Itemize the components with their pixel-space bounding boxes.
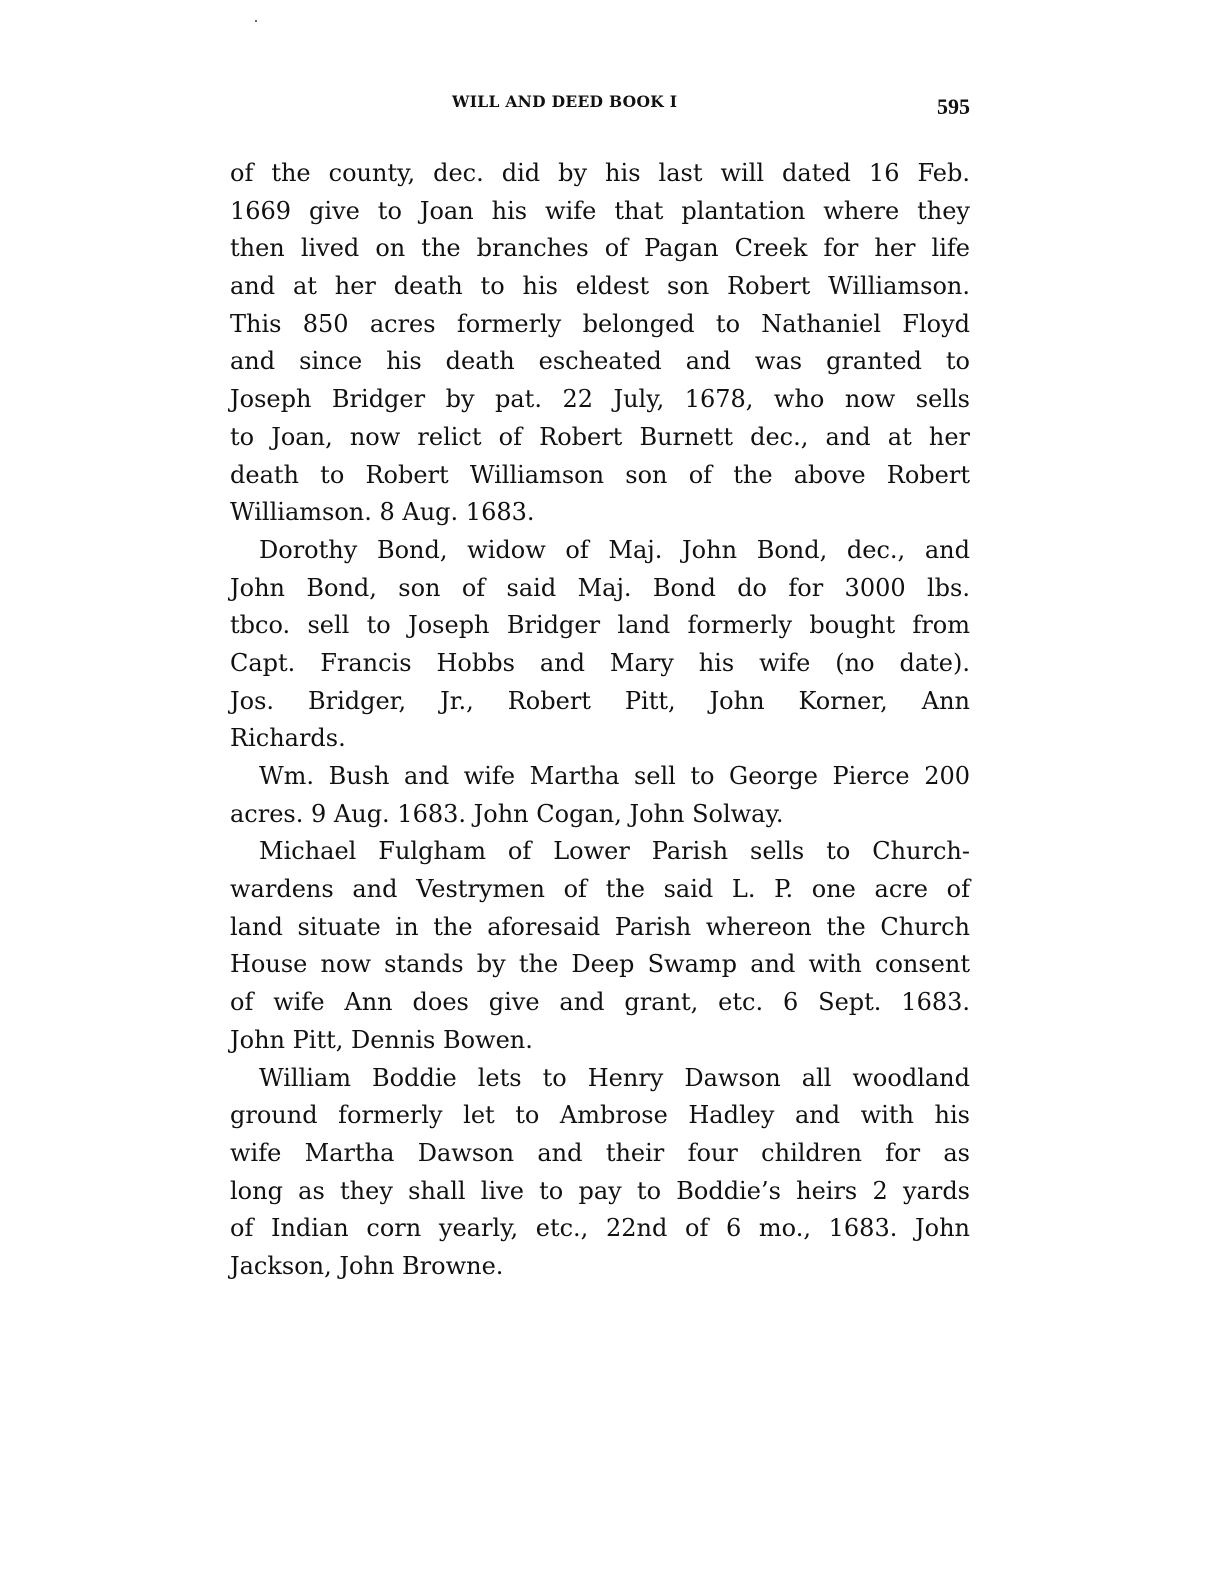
- text-line: Dorothy Bond, widow of Maj. John Bond, d…: [230, 532, 970, 570]
- text-line: land situate in the aforesaid Parish whe…: [230, 909, 970, 947]
- text-line: and at her death to his eldest son Rober…: [230, 268, 970, 306]
- text-line: ground formerly let to Ambrose Hadley an…: [230, 1097, 970, 1135]
- text-line: then lived on the branches of Pagan Cree…: [230, 230, 970, 268]
- text-line: Capt. Francis Hobbs and Mary his wife (n…: [230, 645, 970, 683]
- text-line: Jos. Bridger, Jr., Robert Pitt, John Kor…: [230, 683, 970, 721]
- text-line: Williamson. 8 Aug. 1683.: [230, 494, 970, 532]
- text-line: Jackson, John Browne.: [230, 1248, 970, 1286]
- text-line: wife Martha Dawson and their four childr…: [230, 1135, 970, 1173]
- paragraph-dorothy-bond: Dorothy Bond, widow of Maj. John Bond, d…: [230, 532, 970, 758]
- text-line: Joseph Bridger by pat. 22 July, 1678, wh…: [230, 381, 970, 419]
- text-line: tbco. sell to Joseph Bridger land former…: [230, 607, 970, 645]
- paragraph-wm-bush: Wm. Bush and wife Martha sell to George …: [230, 758, 970, 833]
- text-line: Michael Fulgham of Lower Parish sells to…: [230, 833, 970, 871]
- text-line: to Joan, now relict of Robert Burnett de…: [230, 419, 970, 457]
- running-title: WILL AND DEED BOOK I: [452, 92, 677, 111]
- body-text: of the county, dec. did by his last will…: [230, 155, 970, 1286]
- running-head: WILL AND DEED BOOK I 595: [230, 92, 970, 122]
- text-line: of wife Ann does give and grant, etc. 6 …: [230, 984, 970, 1022]
- text-line: of the county, dec. did by his last will…: [230, 155, 970, 193]
- text-line: of Indian corn yearly, etc., 22nd of 6 m…: [230, 1210, 970, 1248]
- text-line: Richards.: [230, 720, 970, 758]
- paragraph-michael-fulgham: Michael Fulgham of Lower Parish sells to…: [230, 833, 970, 1059]
- paragraph-will-joan: of the county, dec. did by his last will…: [230, 155, 970, 532]
- text-line: John Pitt, Dennis Bowen.: [230, 1022, 970, 1060]
- text-line: acres. 9 Aug. 1683. John Cogan, John Sol…: [230, 796, 970, 834]
- text-line: and since his death escheated and was gr…: [230, 343, 970, 381]
- text-line: William Boddie lets to Henry Dawson all …: [230, 1060, 970, 1098]
- text-line: death to Robert Williamson son of the ab…: [230, 457, 970, 495]
- text-line: House now stands by the Deep Swamp and w…: [230, 946, 970, 984]
- text-line: John Bond, son of said Maj. Bond do for …: [230, 570, 970, 608]
- document-page: WILL AND DEED BOOK I 595 of the county, …: [0, 0, 1224, 1584]
- text-line: wardens and Vestrymen of the said L. P. …: [230, 871, 970, 909]
- text-line: Wm. Bush and wife Martha sell to George …: [230, 758, 970, 796]
- text-line: long as they shall live to pay to Boddie…: [230, 1173, 970, 1211]
- scan-speck: [255, 20, 257, 22]
- page-number: 595: [937, 94, 970, 120]
- text-line: 1669 give to Joan his wife that plantati…: [230, 193, 970, 231]
- text-line: This 850 acres formerly belonged to Nath…: [230, 306, 970, 344]
- paragraph-william-boddie: William Boddie lets to Henry Dawson all …: [230, 1060, 970, 1286]
